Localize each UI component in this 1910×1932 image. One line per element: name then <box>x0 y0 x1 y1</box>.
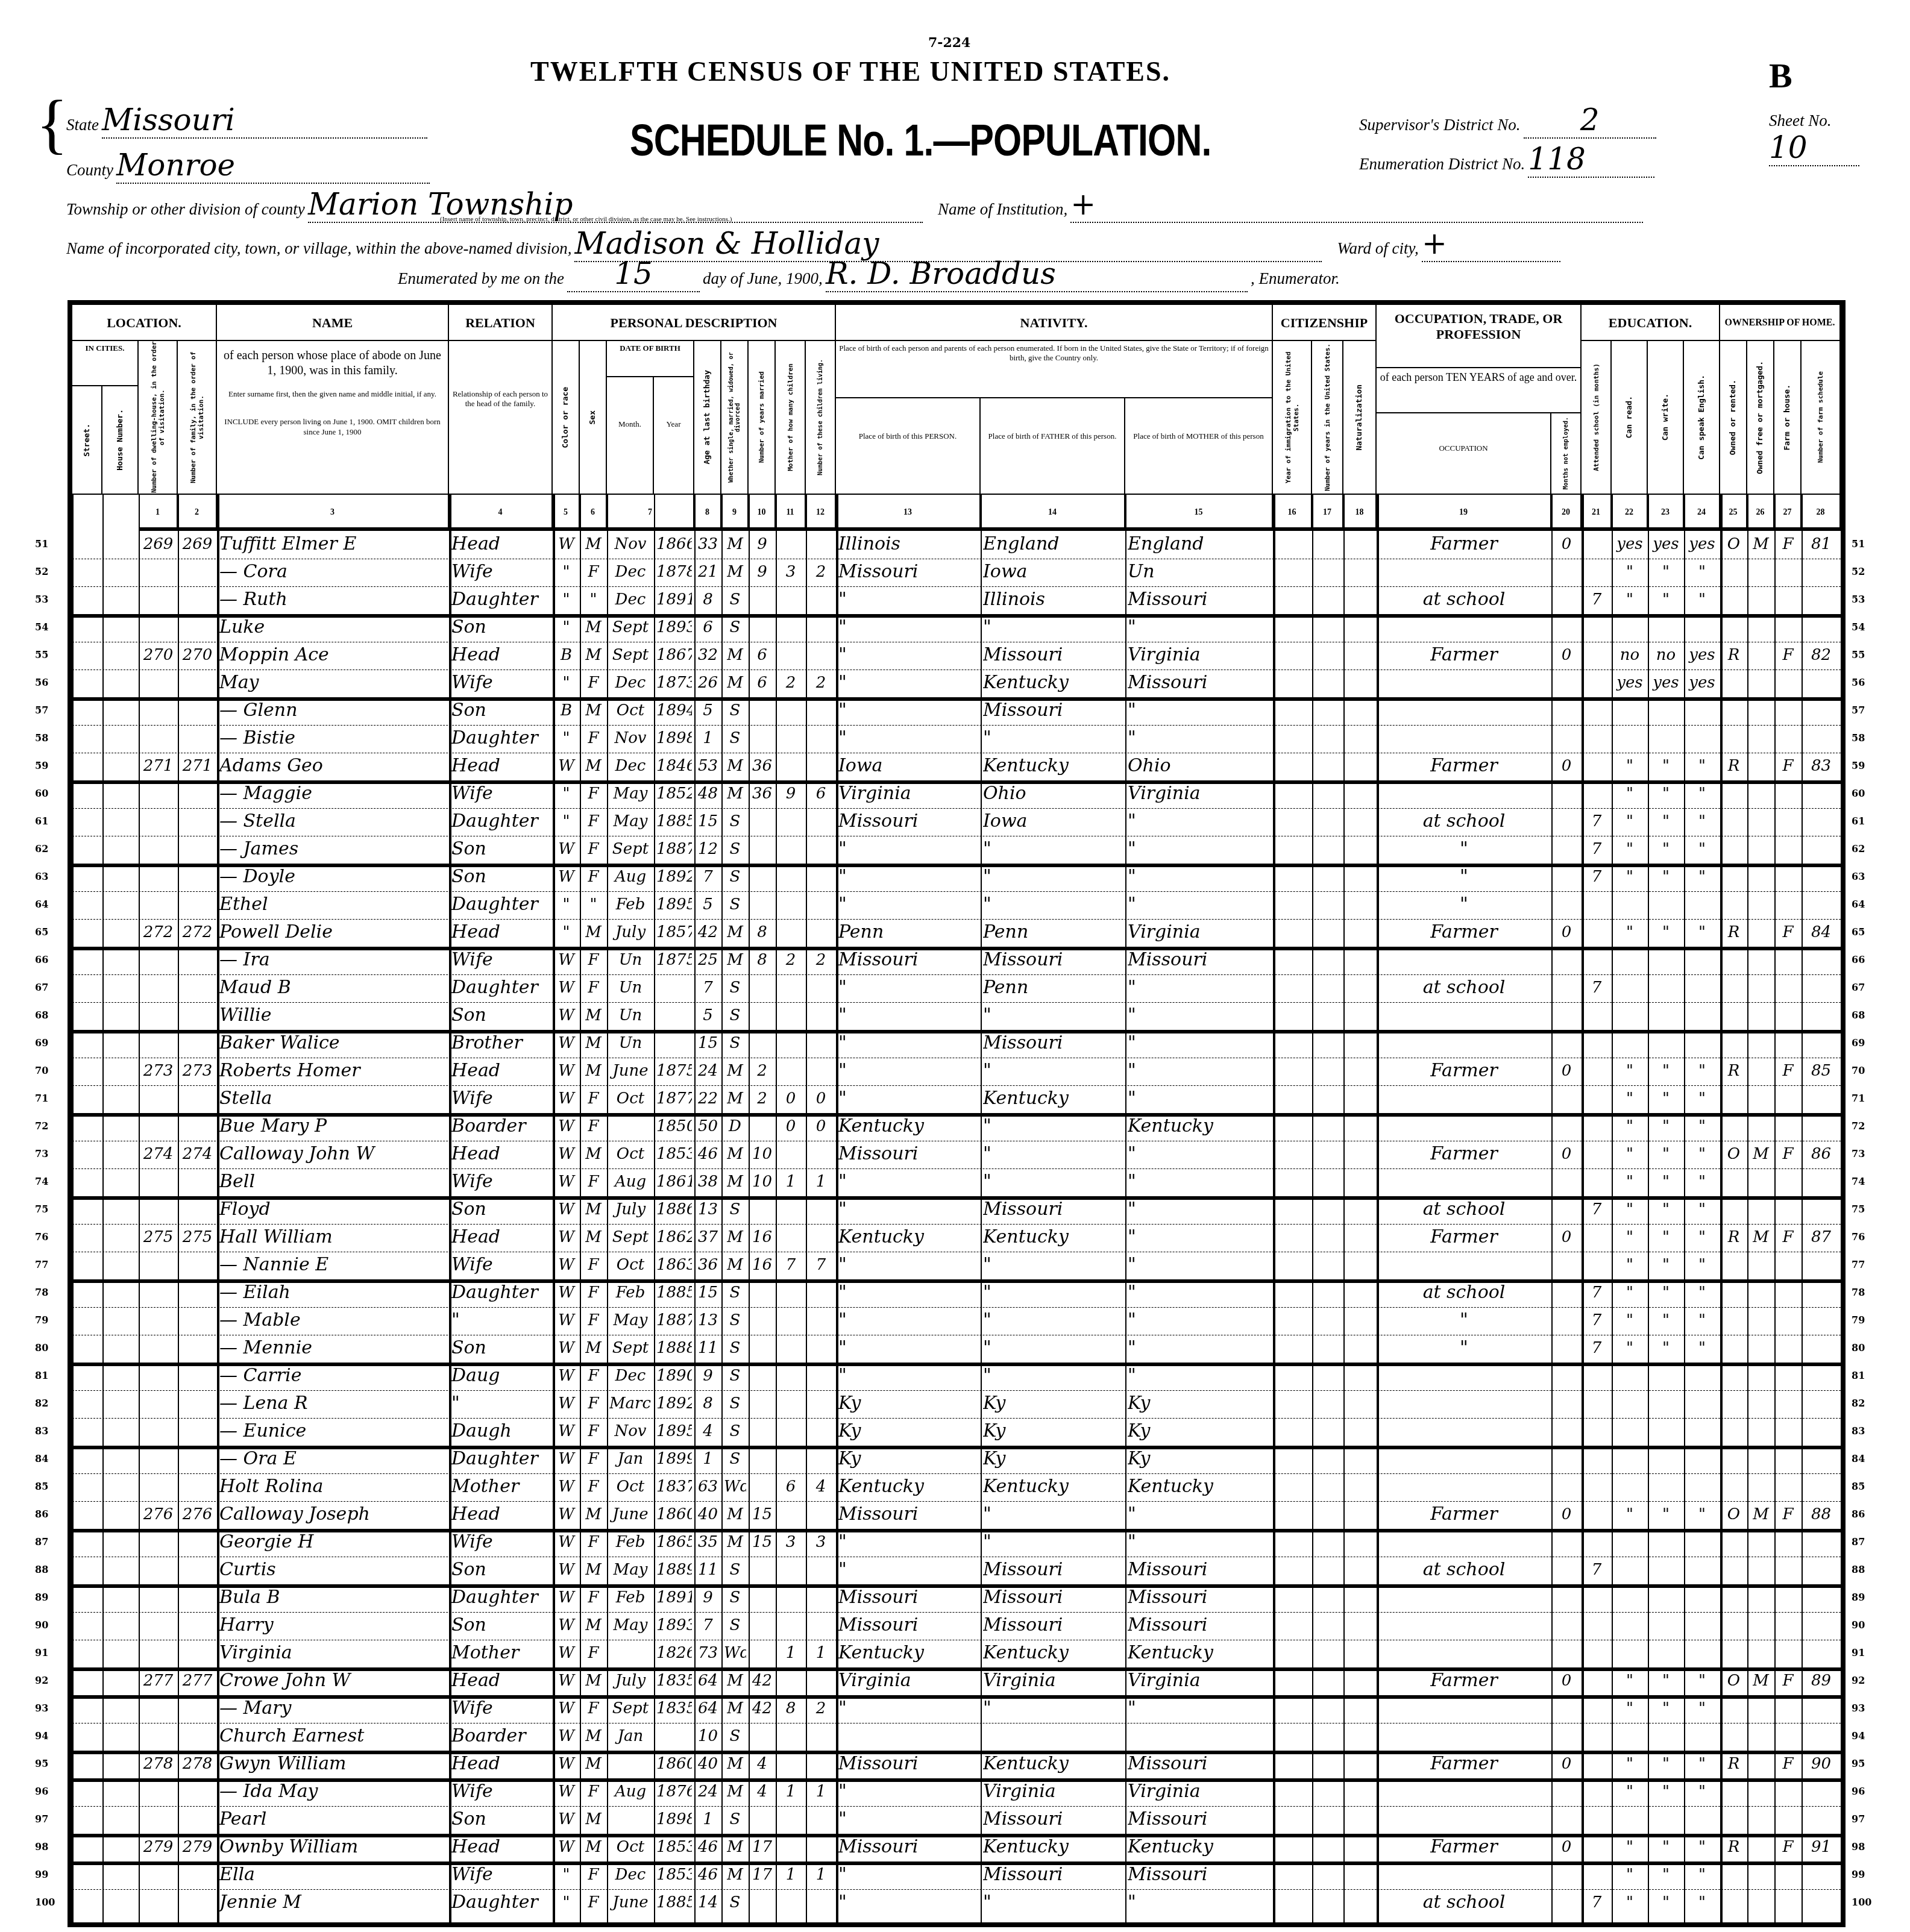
cell-color: " <box>555 808 577 835</box>
cell-owned: R <box>1723 1058 1745 1084</box>
column-divider <box>1684 495 1685 1922</box>
cell-english: " <box>1686 1667 1718 1694</box>
cell-sex: M <box>582 753 605 779</box>
cell-marital: S <box>724 836 746 862</box>
cell-living: 2 <box>808 1695 834 1722</box>
cell-birth-mother: Virginia <box>1128 642 1271 668</box>
cell-yrs-married: 8 <box>751 947 773 973</box>
state-label: State <box>66 116 99 134</box>
cell-birth-mother: Kentucky <box>1128 1640 1271 1666</box>
cell-year: 1853 <box>656 1141 692 1167</box>
cell-free: M <box>1750 1501 1772 1528</box>
cell-dwelling: 277 <box>141 1667 175 1694</box>
cell-color: W <box>555 531 577 557</box>
line-number: 73 <box>1852 1148 1865 1159</box>
cell-write: " <box>1650 1834 1682 1860</box>
cell-family: 274 <box>180 1141 215 1167</box>
cell-color: W <box>555 1030 577 1056</box>
header-street: Street. <box>72 386 102 495</box>
cell-sex: F <box>582 1085 605 1112</box>
cell-marital: M <box>724 1834 746 1860</box>
cell-color: W <box>555 864 577 890</box>
line-number: 60 <box>35 788 48 799</box>
cell-marital: S <box>724 1002 746 1029</box>
cell-name: — Maggie <box>219 780 447 807</box>
cell-read: " <box>1614 1224 1645 1250</box>
enumeration-district-field: Enumeration District No. 118 <box>1359 142 1709 178</box>
cell-english: " <box>1686 864 1718 890</box>
cell-occupation: at school <box>1379 808 1549 835</box>
line-number: 53 <box>35 594 48 605</box>
cell-read: " <box>1614 559 1645 585</box>
cell-birth-mother: Kentucky <box>1128 1473 1271 1500</box>
header-citizenship: CITIZENSHIP <box>1273 305 1377 341</box>
cell-birth-mother: " <box>1128 1279 1271 1306</box>
cell-living: 3 <box>808 1529 834 1555</box>
line-number: 61 <box>1852 815 1865 827</box>
column-number-5: 5 <box>553 495 580 531</box>
cell-marital: Wd <box>724 1473 746 1500</box>
cell-marital: S <box>724 1418 746 1444</box>
cell-farm: F <box>1777 1667 1799 1694</box>
cell-birth-person: " <box>838 1058 978 1084</box>
cell-year: 1861 <box>656 1168 692 1195</box>
cell-year: 1850 <box>656 1113 692 1140</box>
cell-relation: Son <box>451 836 550 862</box>
cell-birth-mother: " <box>1128 1030 1271 1056</box>
cell-marital: M <box>724 670 746 696</box>
cell-relation: Head <box>451 1667 550 1694</box>
cell-color: W <box>555 1557 577 1583</box>
cell-mother-of: 8 <box>778 1695 803 1722</box>
cell-year: 1862 <box>656 1224 692 1250</box>
line-number: 73 <box>35 1148 48 1159</box>
column-divider <box>1612 495 1613 1922</box>
cell-birth-person: " <box>838 1806 978 1833</box>
line-number: 89 <box>35 1592 48 1603</box>
cell-birth-person: " <box>838 1307 978 1334</box>
cell-english: " <box>1686 1141 1718 1167</box>
cell-sex: M <box>582 1030 605 1056</box>
cell-birth-father: " <box>983 1058 1123 1084</box>
cell-color: W <box>555 1723 577 1749</box>
line-number: 70 <box>1852 1065 1865 1076</box>
cell-birth-mother: Missouri <box>1128 1612 1271 1639</box>
cell-color: W <box>555 1612 577 1639</box>
column-number-22: 22 <box>1612 495 1648 531</box>
schedule-letter: B <box>1769 55 1792 96</box>
cell-name: Baker Walice <box>219 1030 447 1056</box>
cell-write: " <box>1650 1889 1682 1916</box>
cell-family: 272 <box>180 919 215 946</box>
cell-yrs-married: 17 <box>751 1861 773 1888</box>
cell-occupation: " <box>1379 1335 1549 1361</box>
cell-living: 2 <box>808 947 834 973</box>
cell-birth-person: Penn <box>838 919 978 946</box>
township-label: Township or other division of county <box>66 200 305 218</box>
cell-birth-father: Kentucky <box>983 1473 1123 1500</box>
county-label: County <box>66 161 113 179</box>
cell-birth-mother: Missouri <box>1128 1584 1271 1611</box>
cell-schedule: 83 <box>1804 753 1838 779</box>
cell-dwelling: 269 <box>141 531 175 557</box>
cell-birth-father: Missouri <box>983 1806 1123 1833</box>
cell-write: " <box>1650 1168 1682 1195</box>
cell-color: " <box>555 1861 577 1888</box>
cell-schedule: 89 <box>1804 1667 1838 1694</box>
cell-yrs-married: 17 <box>751 1834 773 1860</box>
cell-month: May <box>609 1557 652 1583</box>
line-number: 99 <box>35 1869 48 1880</box>
cell-owned: O <box>1723 1141 1745 1167</box>
cell-birth-mother: Kentucky <box>1128 1113 1271 1140</box>
cell-living: 6 <box>808 780 834 807</box>
cell-name: Bell <box>219 1168 447 1195</box>
cell-age: 15 <box>697 808 719 835</box>
cell-read: " <box>1614 808 1645 835</box>
cell-living: 0 <box>808 1113 834 1140</box>
cell-marital: M <box>724 1058 746 1084</box>
cell-english: " <box>1686 1279 1718 1306</box>
line-number: 88 <box>1852 1564 1865 1575</box>
cell-birth-person: " <box>838 586 978 613</box>
cell-write: " <box>1650 586 1682 613</box>
supervisor-label: Supervisor's District No. <box>1359 116 1521 134</box>
cell-age: 1 <box>697 1446 719 1472</box>
cell-unemployed: 0 <box>1554 1141 1579 1167</box>
cell-school: 7 <box>1584 1335 1609 1361</box>
cell-occupation: " <box>1379 836 1549 862</box>
cell-schedule: 90 <box>1804 1751 1838 1777</box>
cell-birth-person: " <box>838 1889 978 1916</box>
cell-marital: D <box>724 1113 746 1140</box>
cell-birth-father: " <box>983 1695 1123 1722</box>
cell-month: July <box>609 1667 652 1694</box>
line-number: 57 <box>35 704 48 716</box>
line-number: 71 <box>1852 1093 1865 1104</box>
column-number-18: 18 <box>1343 495 1377 531</box>
cell-read: " <box>1614 1168 1645 1195</box>
cell-month: Dec <box>609 1363 652 1389</box>
cell-english: yes <box>1686 531 1718 557</box>
cell-year: 1853 <box>656 1834 692 1860</box>
cell-birth-father: Illinois <box>983 586 1123 613</box>
cell-english: " <box>1686 1695 1718 1722</box>
cell-school: 7 <box>1584 1557 1609 1583</box>
cell-read: " <box>1614 1085 1645 1112</box>
line-number: 75 <box>35 1203 48 1215</box>
cell-birth-mother: Virginia <box>1128 1667 1271 1694</box>
enumerated-field: Enumerated by me on the 15 day of June, … <box>398 256 1603 292</box>
cell-owned: R <box>1723 642 1745 668</box>
cell-dwelling: 272 <box>141 919 175 946</box>
cell-month: Sept <box>609 836 652 862</box>
cell-write: " <box>1650 808 1682 835</box>
cell-write: " <box>1650 1113 1682 1140</box>
schedule-title: SCHEDULE No. 1.—POPULATION. <box>630 114 1211 166</box>
cell-month: May <box>609 1307 652 1334</box>
header-children-living: Number of these children living. <box>806 341 836 495</box>
cell-year: 1835 <box>656 1667 692 1694</box>
cell-read: yes <box>1614 670 1645 696</box>
cell-color: W <box>555 1224 577 1250</box>
cell-birth-father: " <box>983 836 1123 862</box>
cell-schedule: 86 <box>1804 1141 1838 1167</box>
cell-english: " <box>1686 1085 1718 1112</box>
cell-age: 12 <box>697 836 719 862</box>
cell-family: 279 <box>180 1834 215 1860</box>
cell-family: 271 <box>180 753 215 779</box>
header-nativity: NATIVITY. <box>836 305 1273 341</box>
cell-family: 270 <box>180 642 215 668</box>
cell-relation: Boarder <box>451 1113 550 1140</box>
cell-sex: M <box>582 1141 605 1167</box>
cell-name: — Lena R <box>219 1390 447 1417</box>
cell-year: 1899 <box>656 1446 692 1472</box>
cell-sex: F <box>582 1695 605 1722</box>
cell-sex: M <box>582 1612 605 1639</box>
cell-name: — Bistie <box>219 725 447 751</box>
cell-relation: Daughter <box>451 808 550 835</box>
column-divider <box>178 495 179 1922</box>
column-divider <box>1720 495 1723 1922</box>
cell-year: 1890 <box>656 1363 692 1389</box>
cell-relation: Wife <box>451 1695 550 1722</box>
cell-birth-father: Ky <box>983 1418 1123 1444</box>
column-number-24: 24 <box>1684 495 1720 531</box>
header-sex: Sex <box>580 341 607 495</box>
column-number-13: 13 <box>836 495 981 531</box>
cell-month: June <box>609 1889 652 1916</box>
line-number: 62 <box>1852 843 1865 855</box>
cell-dwelling: 271 <box>141 753 175 779</box>
institution-label: Name of Institution, <box>938 200 1067 218</box>
cell-english: " <box>1686 1058 1718 1084</box>
cell-school: 7 <box>1584 864 1609 890</box>
cell-name: Pearl <box>219 1806 447 1833</box>
line-number: 55 <box>1852 649 1865 660</box>
line-number: 96 <box>35 1786 48 1797</box>
cell-marital: M <box>724 1695 746 1722</box>
cell-sex: M <box>582 1058 605 1084</box>
cell-write: " <box>1650 1252 1682 1278</box>
line-number: 65 <box>35 926 48 938</box>
header-house-number: House Number. <box>102 386 139 495</box>
cell-birth-father: Ohio <box>983 780 1123 807</box>
cell-age: 46 <box>697 1834 719 1860</box>
cell-year: 1887 <box>656 1307 692 1334</box>
cell-sex: F <box>582 864 605 890</box>
cell-birth-mother: " <box>1128 1196 1271 1223</box>
cell-birth-person: Ky <box>838 1390 978 1417</box>
line-number: 91 <box>35 1647 48 1658</box>
cell-farm: F <box>1777 1751 1799 1777</box>
cell-read: no <box>1614 642 1645 668</box>
township-field: Township or other division of county Mar… <box>66 187 1856 223</box>
cell-marital: S <box>724 1446 746 1472</box>
column-divider <box>139 495 140 1922</box>
cell-age: 14 <box>697 1889 719 1916</box>
cell-birth-father: Missouri <box>983 642 1123 668</box>
cell-name: Tuffitt Elmer E <box>219 531 447 557</box>
line-number: 59 <box>1852 760 1865 771</box>
cell-month: Un <box>609 1002 652 1029</box>
line-number: 92 <box>35 1675 48 1686</box>
cell-relation: Son <box>451 1806 550 1833</box>
cell-sex: F <box>582 1861 605 1888</box>
cell-birth-mother: " <box>1128 1529 1271 1555</box>
cell-dwelling: 278 <box>141 1751 175 1777</box>
cell-relation: Wife <box>451 1252 550 1278</box>
cell-relation: Son <box>451 1002 550 1029</box>
cell-occupation: Farmer <box>1379 1751 1549 1777</box>
line-number: 86 <box>35 1508 48 1520</box>
cell-birth-person: Missouri <box>838 1141 978 1167</box>
census-table: LOCATION. IN CITIES. Street. House Numbe… <box>68 300 1846 1927</box>
county-value: Monroe <box>116 148 430 184</box>
cell-birth-person: Missouri <box>838 559 978 585</box>
cell-mother-of: 0 <box>778 1085 803 1112</box>
cell-birth-mother: " <box>1128 974 1271 1001</box>
cell-occupation: Farmer <box>1379 1667 1549 1694</box>
cell-yrs-married: 16 <box>751 1224 773 1250</box>
cell-owned: R <box>1723 919 1745 946</box>
cell-birth-father: " <box>983 1113 1123 1140</box>
cell-birth-person: " <box>838 1335 978 1361</box>
column-divider <box>1343 495 1345 1922</box>
cell-month: July <box>609 919 652 946</box>
cell-farm: F <box>1777 642 1799 668</box>
column-number-9: 9 <box>721 495 749 531</box>
cell-sex: F <box>582 1889 605 1916</box>
cell-write: " <box>1650 559 1682 585</box>
cell-sex: F <box>582 836 605 862</box>
line-number: 85 <box>1852 1481 1865 1492</box>
cell-color: W <box>555 1778 577 1805</box>
cell-month: Oct <box>609 1834 652 1860</box>
cell-color: W <box>555 1085 577 1112</box>
cell-yrs-married: 16 <box>751 1252 773 1278</box>
cell-month: Feb <box>609 891 652 918</box>
cell-write: yes <box>1650 531 1682 557</box>
cell-yrs-married: 36 <box>751 780 773 807</box>
cell-birth-father: " <box>983 725 1123 751</box>
cell-age: 22 <box>697 1085 719 1112</box>
cell-birth-father: Missouri <box>983 1612 1123 1639</box>
cell-birth-person: " <box>838 642 978 668</box>
cell-year: 1876 <box>656 1778 692 1805</box>
column-divider <box>694 495 696 1922</box>
cell-name: Luke <box>219 614 447 641</box>
cell-birth-mother: Virginia <box>1128 1778 1271 1805</box>
cell-relation: Wife <box>451 1529 550 1555</box>
cell-color: W <box>555 947 577 973</box>
cell-sex: F <box>582 974 605 1001</box>
header-can-write: Can write. <box>1648 341 1684 495</box>
cell-yrs-married: 6 <box>751 670 773 696</box>
line-number: 69 <box>35 1037 48 1049</box>
cell-sex: F <box>582 1252 605 1278</box>
header-location: LOCATION. <box>72 305 217 341</box>
line-number: 90 <box>1852 1619 1865 1631</box>
line-number: 56 <box>35 677 48 688</box>
sheet-value: 10 <box>1769 130 1859 166</box>
cell-birth-mother: " <box>1128 1363 1271 1389</box>
cell-year: 1889 <box>656 1557 692 1583</box>
township-note: (Insert name of township, town, precinct… <box>440 216 732 223</box>
cell-sex: F <box>582 780 605 807</box>
cell-schedule: 85 <box>1804 1058 1838 1084</box>
cell-schedule: 84 <box>1804 919 1838 946</box>
header-nativity-desc: Place of birth of each person and parent… <box>836 341 1273 398</box>
cell-name: — Eunice <box>219 1418 447 1444</box>
cell-birth-person: Ky <box>838 1418 978 1444</box>
line-number: 98 <box>35 1841 48 1852</box>
cell-write: " <box>1650 780 1682 807</box>
cell-birth-person: " <box>838 974 978 1001</box>
cell-birth-person: " <box>838 697 978 724</box>
cell-yrs-married: 10 <box>751 1168 773 1195</box>
cell-birth-mother: Missouri <box>1128 1806 1271 1833</box>
cell-birth-father: " <box>983 1141 1123 1167</box>
cell-age: 10 <box>697 1723 719 1749</box>
cell-relation: Mother <box>451 1473 550 1500</box>
cell-birth-father: Missouri <box>983 697 1123 724</box>
line-number: 67 <box>35 982 48 993</box>
cell-name: Ella <box>219 1861 447 1888</box>
cell-yrs-married: 9 <box>751 531 773 557</box>
cell-sex: F <box>582 1446 605 1472</box>
cell-dwelling: 276 <box>141 1501 175 1528</box>
cell-read: " <box>1614 836 1645 862</box>
cell-color: W <box>555 1667 577 1694</box>
cell-birth-mother: " <box>1128 725 1271 751</box>
cell-living: 2 <box>808 670 834 696</box>
cell-relation: Daughter <box>451 586 550 613</box>
cell-month: Un <box>609 1030 652 1056</box>
cell-birth-person: Kentucky <box>838 1113 978 1140</box>
cell-english: " <box>1686 1252 1718 1278</box>
cell-sex: M <box>582 1501 605 1528</box>
column-divider <box>1273 495 1275 1922</box>
cell-owned: R <box>1723 1224 1745 1250</box>
cell-english: yes <box>1686 670 1718 696</box>
line-number: 52 <box>35 566 48 577</box>
cell-school: 7 <box>1584 1279 1609 1306</box>
cell-schedule: 88 <box>1804 1501 1838 1528</box>
cell-month: June <box>609 1058 652 1084</box>
cell-birth-person: " <box>838 864 978 890</box>
cell-age: 21 <box>697 559 719 585</box>
cell-read: " <box>1614 780 1645 807</box>
header-years-us: Number of years in the United States. <box>1312 341 1343 495</box>
cell-mother-of: 1 <box>778 1778 803 1805</box>
column-divider <box>580 495 581 1922</box>
cell-birth-father: " <box>983 864 1123 890</box>
cell-english: " <box>1686 1113 1718 1140</box>
cell-farm: F <box>1777 531 1799 557</box>
cell-farm: F <box>1777 1501 1799 1528</box>
column-divider <box>981 495 982 1922</box>
cell-month: Feb <box>609 1529 652 1555</box>
line-number: 80 <box>1852 1342 1865 1353</box>
cell-color: W <box>555 1168 577 1195</box>
cell-read: " <box>1614 1667 1645 1694</box>
header-years-married: Number of years married <box>749 341 776 495</box>
cell-english: " <box>1686 1501 1718 1528</box>
cell-marital: Wd <box>724 1640 746 1666</box>
cell-dwelling: 273 <box>141 1058 175 1084</box>
